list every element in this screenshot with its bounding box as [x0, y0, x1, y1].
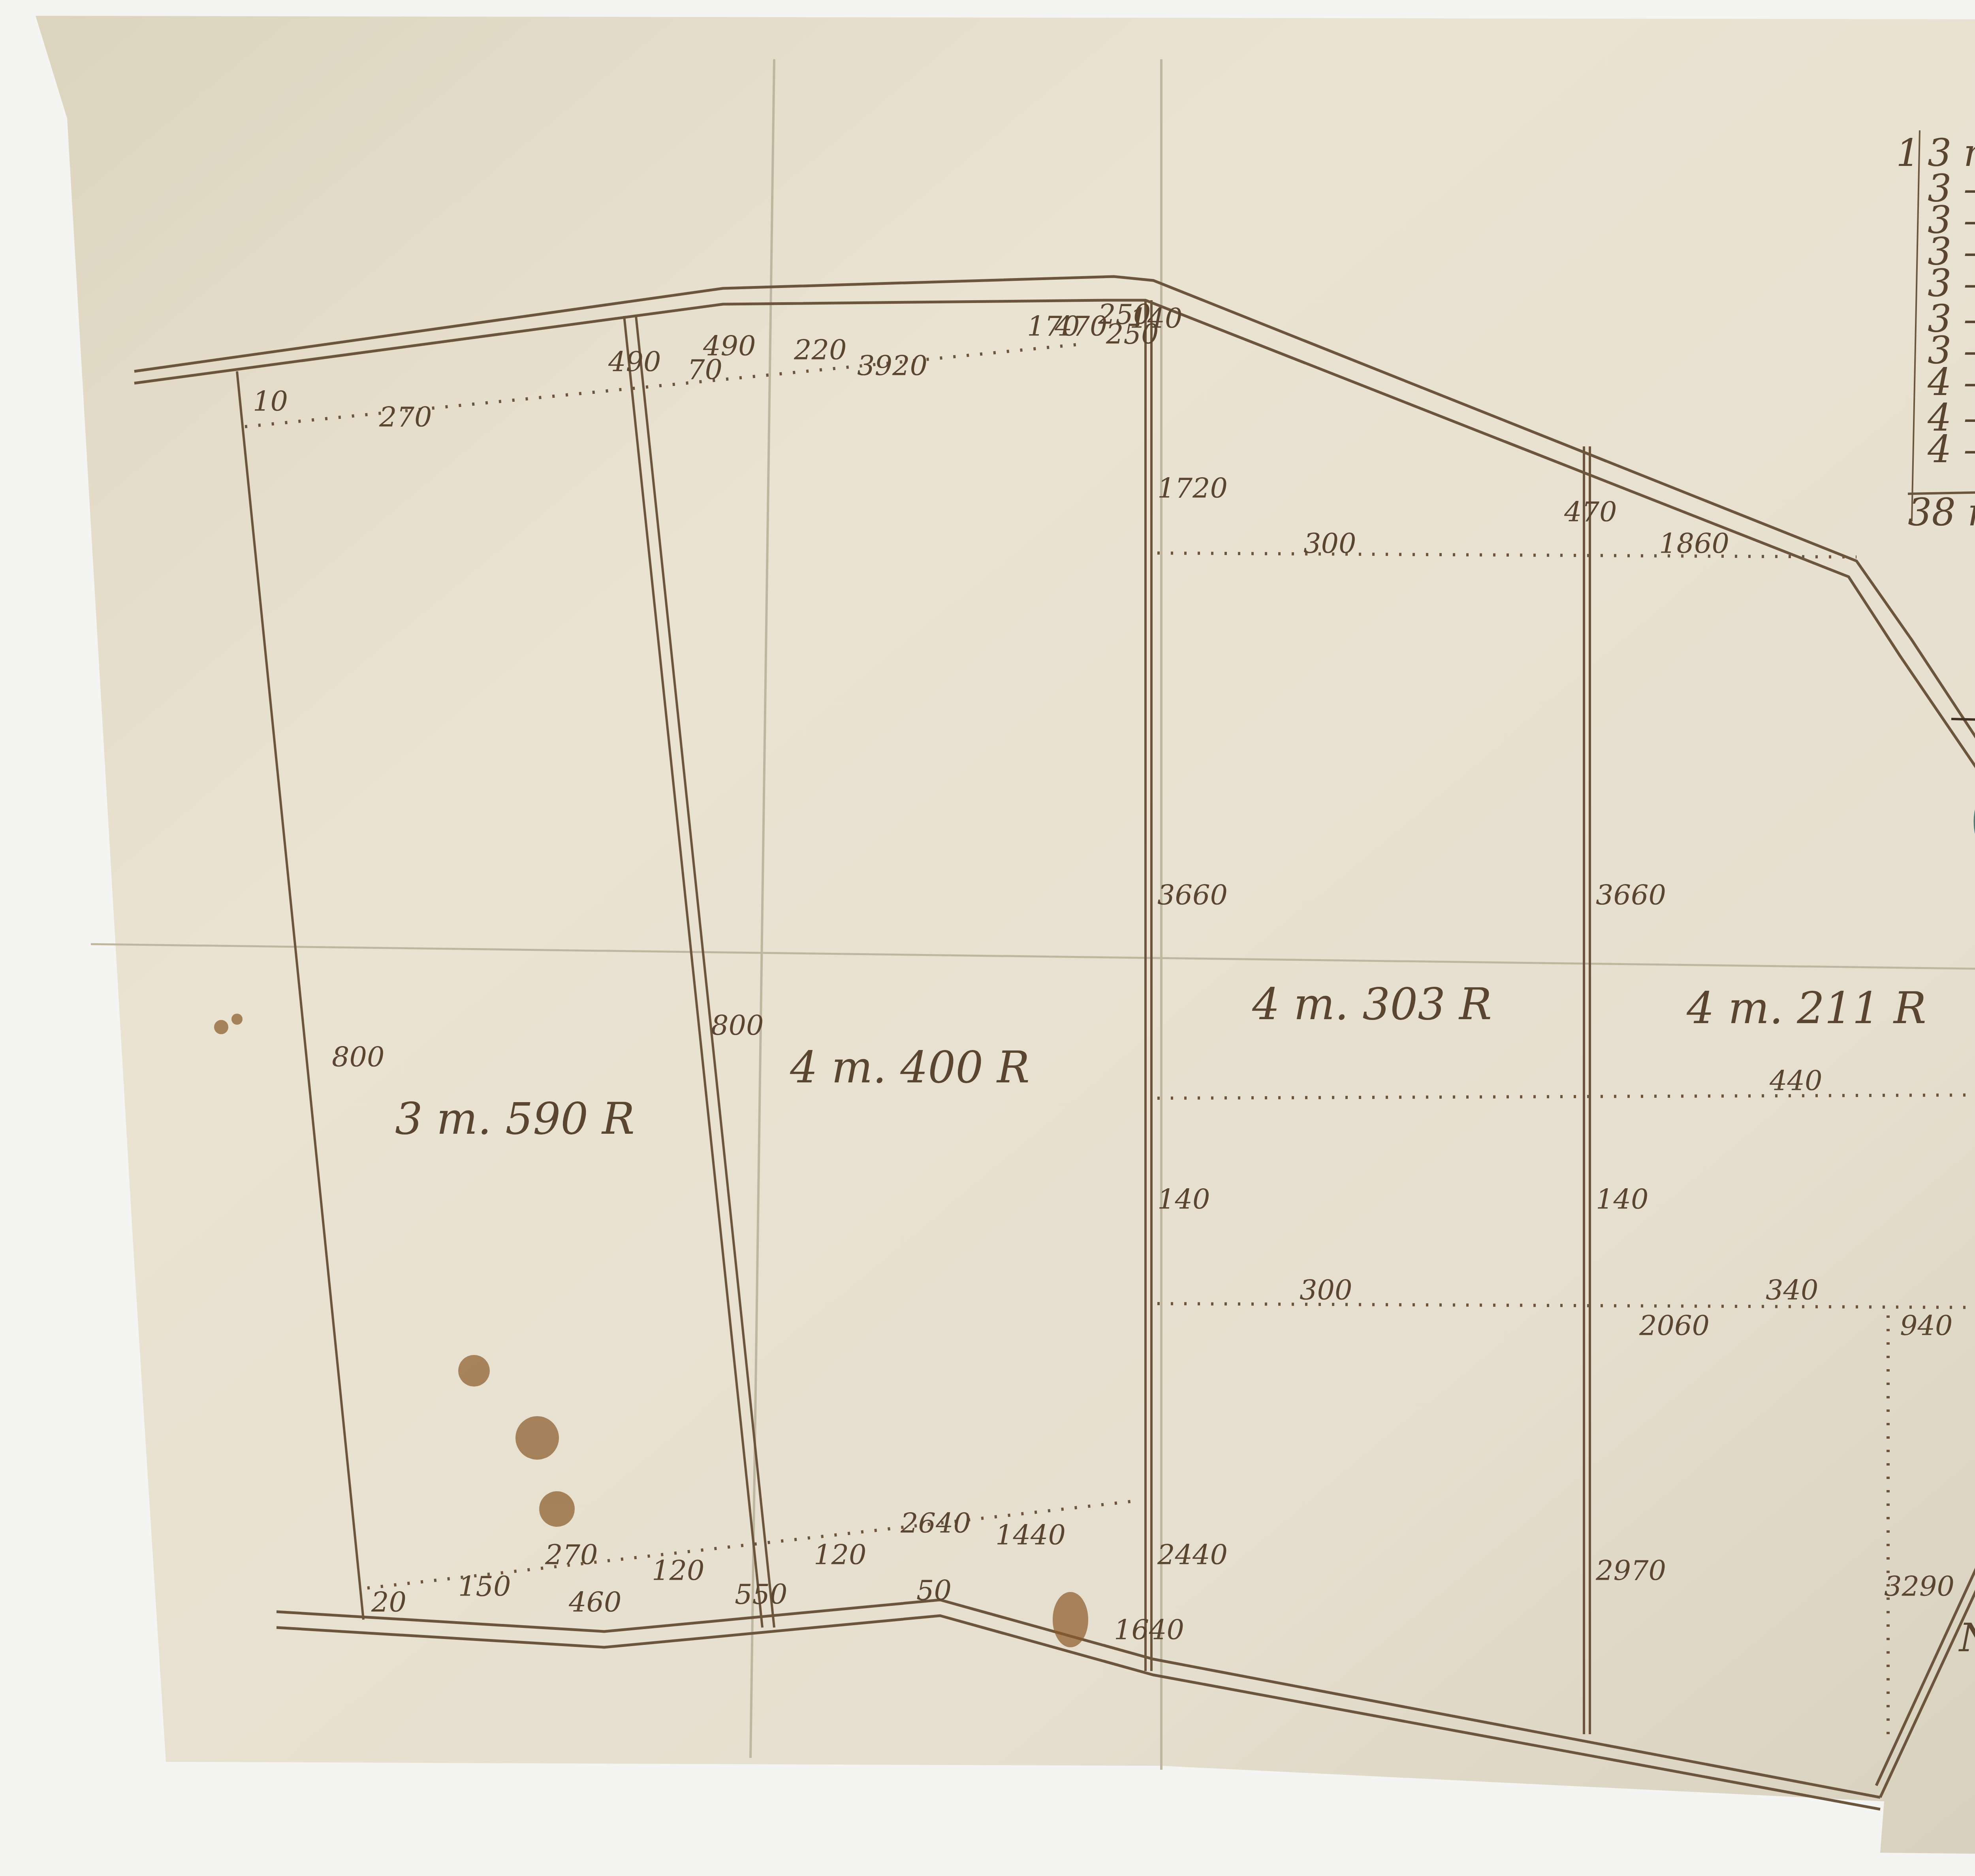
parcel-area-label: 4 m. 211 R — [1686, 983, 1926, 1033]
svg-text:340: 340 — [1766, 1274, 1819, 1306]
svg-text:3290: 3290 — [1884, 1570, 1954, 1603]
svg-text:940: 940 — [1900, 1310, 1953, 1342]
svg-text:20: 20 — [371, 1586, 406, 1618]
svg-text:270: 270 — [379, 401, 432, 433]
parcel-area-label: 4 m. 400 R — [790, 1042, 1030, 1093]
parcel-area-label: 3 m. 590 R — [395, 1093, 635, 1144]
svg-text:1640: 1640 — [1114, 1614, 1184, 1646]
svg-text:3920: 3920 — [857, 350, 927, 382]
svg-text:10: 10 — [253, 385, 288, 418]
svg-text:470: 470 — [1564, 496, 1617, 528]
svg-text:300: 300 — [1303, 527, 1356, 560]
table-row: 4 —211 — [1927, 428, 1975, 471]
svg-text:490: 490 — [703, 330, 756, 362]
svg-text:1440: 1440 — [995, 1519, 1066, 1551]
svg-text:1720: 1720 — [1157, 472, 1228, 504]
svg-text:490: 490 — [608, 346, 661, 378]
svg-text:140: 140 — [1130, 302, 1183, 335]
svg-text:120: 120 — [814, 1539, 867, 1571]
svg-text:140: 140 — [1157, 1183, 1210, 1216]
svg-text:800: 800 — [332, 1041, 385, 1073]
svg-text:800: 800 — [711, 1009, 764, 1042]
table-index: 1 — [1896, 132, 1920, 175]
svg-text:220: 220 — [794, 334, 847, 366]
svg-text:550: 550 — [735, 1578, 788, 1611]
svg-text:150: 150 — [458, 1570, 511, 1603]
svg-text:Nº 11, 12, e 13.: Nº 11, 12, e 13. — [1958, 1614, 1975, 1661]
svg-text:2060: 2060 — [1639, 1310, 1710, 1342]
svg-text:140: 140 — [1596, 1183, 1649, 1216]
paper — [36, 16, 1975, 1857]
svg-text:2440: 2440 — [1157, 1539, 1228, 1571]
svg-text:120: 120 — [652, 1554, 705, 1587]
svg-text:2640: 2640 — [900, 1507, 971, 1539]
survey-map-sheet: 3 m. 590 R 4 m. 400 R 4 m. 303 R 4 m. 21… — [0, 0, 1975, 1876]
svg-text:300: 300 — [1300, 1274, 1352, 1306]
svg-text:1860: 1860 — [1659, 527, 1729, 560]
svg-text:270: 270 — [545, 1539, 598, 1571]
svg-text:4 —: 4 — — [1927, 428, 1975, 471]
svg-text:50: 50 — [916, 1574, 952, 1607]
svg-text:3660: 3660 — [1596, 879, 1666, 911]
svg-text:2970: 2970 — [1595, 1554, 1666, 1587]
svg-text:460: 460 — [568, 1586, 622, 1618]
svg-text:440: 440 — [1769, 1065, 1823, 1097]
svg-text:3660: 3660 — [1157, 879, 1228, 911]
parcel-area-label: 4 m. 303 R — [1252, 979, 1492, 1029]
table-total: 38 m. 220 R — [1908, 491, 1975, 534]
